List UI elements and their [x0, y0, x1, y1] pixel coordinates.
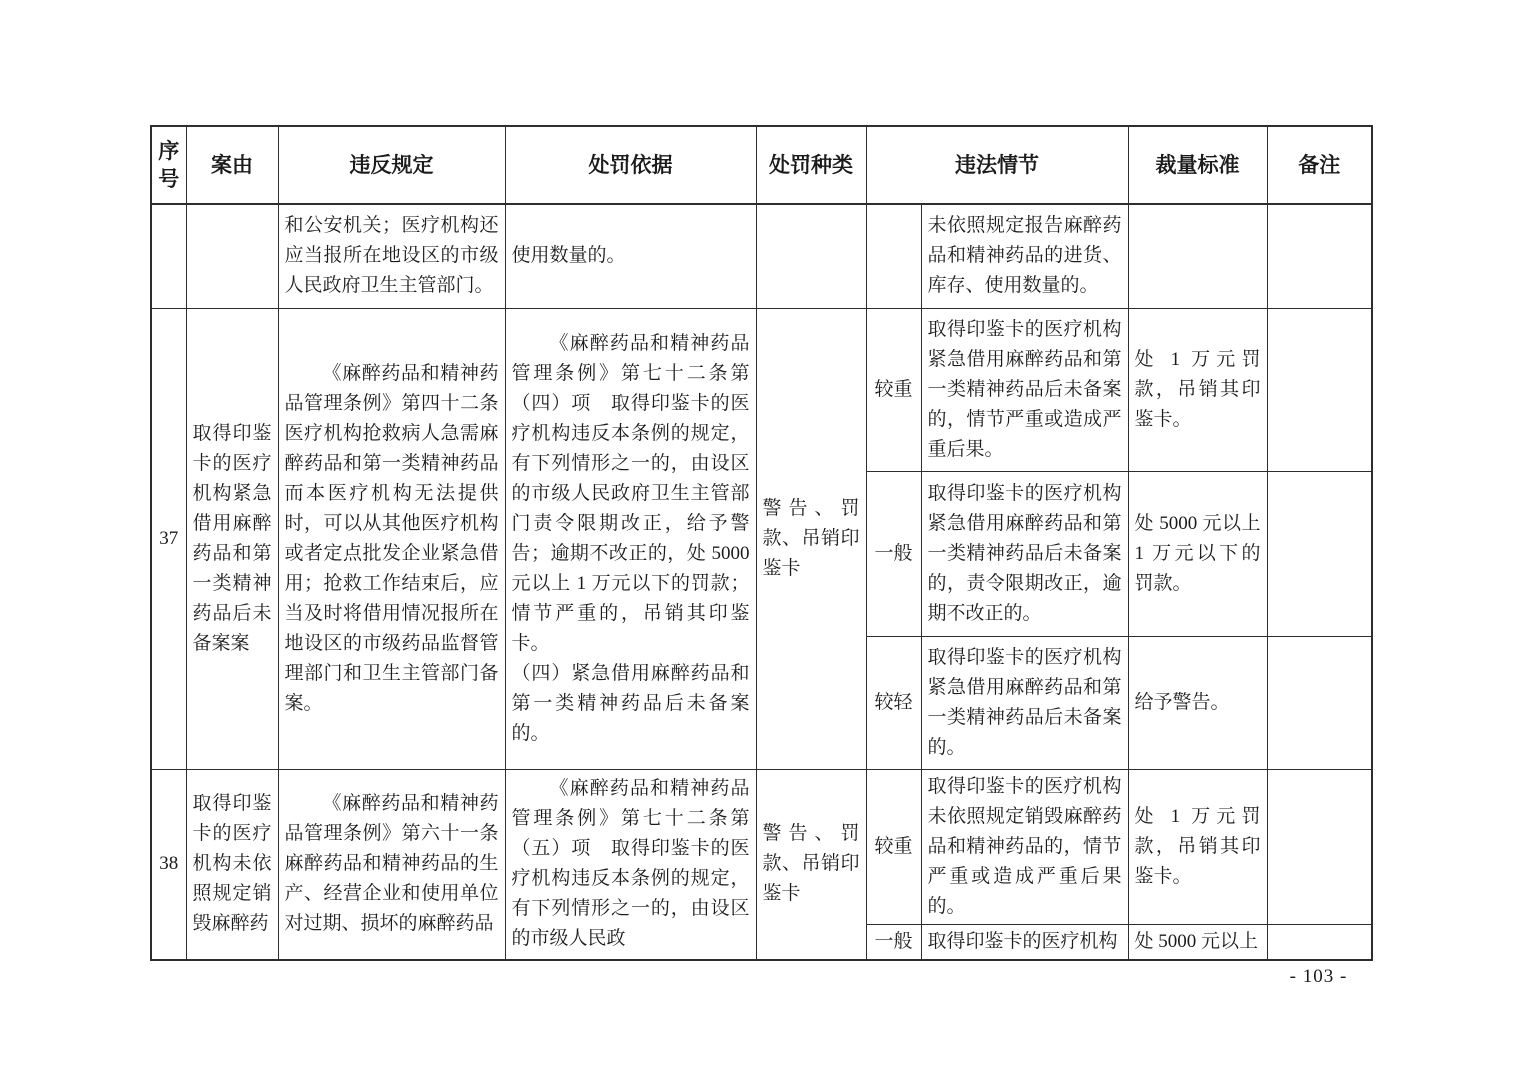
remark-cell	[1267, 636, 1372, 769]
row-37-severe: 37 取得印鉴卡的医疗机构紧急借用麻醉药品和第一类精神药品后未备案案 《麻醉药品…	[151, 308, 1372, 471]
cause-text: 取得印鉴卡的医疗机构紧急借用麻醉药品和第一类精神药品后未备案案	[193, 419, 272, 659]
standard-cell	[1128, 204, 1267, 308]
circumstance-text: 取得印鉴卡的医疗机构	[928, 927, 1122, 957]
row-36-continuation: 和公安机关；医疗机构还应当报所在地设区的市级人民政府卫生主管部门。 使用数量的。…	[151, 204, 1372, 308]
standard-cell: 处 5000 元以上	[1128, 924, 1267, 960]
standard-cell: 处 1 万元罚款，吊销其印鉴卡。	[1128, 769, 1267, 924]
header-discretion-standard: 裁量标准	[1128, 126, 1267, 204]
remark-cell	[1267, 308, 1372, 471]
serial-cell	[151, 204, 186, 308]
circumstance-cell: 取得印鉴卡的医疗机构紧急借用麻醉药品和第一类精神药品后未备案的，情节严重或造成严…	[921, 308, 1128, 471]
penalty-basis-cell: 使用数量的。	[505, 204, 756, 308]
page-number: - 103 -	[1266, 966, 1371, 988]
violation-text: 《麻醉药品和精神药品管理条例》第四十二条 医疗机构抢救病人急需麻醉药品和第一类精…	[285, 359, 499, 719]
severity-cell	[866, 204, 921, 308]
penalty-table: 序号 案由 违反规定 处罚依据 处罚种类 违法情节 裁量标准 备注 和公安机关；…	[150, 125, 1373, 961]
row-38-severe: 38 取得印鉴卡的医疗机构未依照规定销毁麻醉药 《麻醉药品和精神药品管理条例》第…	[151, 769, 1372, 924]
header-penalty-type: 处罚种类	[756, 126, 866, 204]
remark-cell	[1267, 924, 1372, 960]
violation-cell: 和公安机关；医疗机构还应当报所在地设区的市级人民政府卫生主管部门。	[278, 204, 505, 308]
penalty-type-cell	[756, 204, 866, 308]
serial-cell: 37	[151, 308, 186, 769]
circumstance-cell: 取得印鉴卡的医疗机构紧急借用麻醉药品和第一类精神药品后未备案的，责令限期改正，逾…	[921, 471, 1128, 636]
circumstance-text: 取得印鉴卡的医疗机构紧急借用麻醉药品和第一类精神药品后未备案的，情节严重或造成严…	[928, 315, 1122, 465]
severity-cell: 较重	[866, 769, 921, 924]
violation-text: 《麻醉药品和精神药品管理条例》第六十一条 麻醉药品和精神药品的生产、经营企业和使…	[285, 789, 499, 939]
header-penalty-basis: 处罚依据	[505, 126, 756, 204]
serial-cell: 38	[151, 769, 186, 960]
penalty-basis-cell: 《麻醉药品和精神药品管理条例》第七十二条第（四）项 取得印鉴卡的医疗机构违反本条…	[505, 308, 756, 769]
standard-text: 处 5000 元以上	[1135, 927, 1261, 957]
circumstance-text: 取得印鉴卡的医疗机构未依照规定销毁麻醉药品和精神药品的，情节严重或造成严重后果的…	[928, 772, 1122, 922]
circumstance-cell: 取得印鉴卡的医疗机构	[921, 924, 1128, 960]
severity-cell: 一般	[866, 471, 921, 636]
remark-cell	[1267, 769, 1372, 924]
penalty-type-cell: 警告、罚款、吊销印鉴卡	[756, 769, 866, 960]
penalty-basis-text: 使用数量的。	[512, 241, 750, 271]
violation-text: 和公安机关；医疗机构还应当报所在地设区的市级人民政府卫生主管部门。	[285, 211, 499, 301]
standard-cell: 给予警告。	[1128, 636, 1267, 769]
penalty-type-text: 警告、罚款、吊销印鉴卡	[763, 494, 860, 584]
penalty-type-cell: 警告、罚款、吊销印鉴卡	[756, 308, 866, 769]
circumstance-cell: 取得印鉴卡的医疗机构未依照规定销毁麻醉药品和精神药品的，情节严重或造成严重后果的…	[921, 769, 1128, 924]
standard-cell: 处 1 万元罚款，吊销其印鉴卡。	[1128, 308, 1267, 471]
violation-cell: 《麻醉药品和精神药品管理条例》第四十二条 医疗机构抢救病人急需麻醉药品和第一类精…	[278, 308, 505, 769]
remark-cell	[1267, 471, 1372, 636]
penalty-basis-paragraph-2: （四）紧急借用麻醉药品和第一类精神药品后未备案的。	[512, 659, 750, 749]
severity-cell: 一般	[866, 924, 921, 960]
violation-cell: 《麻醉药品和精神药品管理条例》第六十一条 麻醉药品和精神药品的生产、经营企业和使…	[278, 769, 505, 960]
remark-cell	[1267, 204, 1372, 308]
penalty-basis-text: 《麻醉药品和精神药品管理条例》第七十二条第（五）项 取得印鉴卡的医疗机构违反本条…	[512, 774, 750, 954]
cause-text: 取得印鉴卡的医疗机构未依照规定销毁麻醉药	[193, 789, 272, 939]
standard-text: 处 5000 元以上 1 万元以下的罚款。	[1135, 509, 1261, 599]
severity-cell: 较轻	[866, 636, 921, 769]
header-cause: 案由	[186, 126, 278, 204]
header-violation: 违反规定	[278, 126, 505, 204]
standard-text: 处 1 万元罚款，吊销其印鉴卡。	[1135, 345, 1261, 435]
header-remark: 备注	[1267, 126, 1372, 204]
circumstance-text: 未依照规定报告麻醉药品和精神药品的进货、库存、使用数量的。	[928, 211, 1122, 301]
circumstance-cell: 未依照规定报告麻醉药品和精神药品的进货、库存、使用数量的。	[921, 204, 1128, 308]
standard-text: 给予警告。	[1135, 688, 1261, 718]
standard-text: 处 1 万元罚款，吊销其印鉴卡。	[1135, 802, 1261, 892]
document-page: 序号 案由 违反规定 处罚依据 处罚种类 违法情节 裁量标准 备注 和公安机关；…	[0, 0, 1520, 1074]
cause-cell: 取得印鉴卡的医疗机构紧急借用麻醉药品和第一类精神药品后未备案案	[186, 308, 278, 769]
cause-cell: 取得印鉴卡的医疗机构未依照规定销毁麻醉药	[186, 769, 278, 960]
penalty-basis-paragraph-1: 《麻醉药品和精神药品管理条例》第七十二条第（四）项 取得印鉴卡的医疗机构违反本条…	[512, 329, 750, 659]
penalty-type-text: 警告、罚款、吊销印鉴卡	[763, 819, 860, 909]
severity-cell: 较重	[866, 308, 921, 471]
penalty-basis-cell: 《麻醉药品和精神药品管理条例》第七十二条第（五）项 取得印鉴卡的医疗机构违反本条…	[505, 769, 756, 960]
circumstance-text: 取得印鉴卡的医疗机构紧急借用麻醉药品和第一类精神药品后未备案的。	[928, 643, 1122, 763]
table-header-row: 序号 案由 违反规定 处罚依据 处罚种类 违法情节 裁量标准 备注	[151, 126, 1372, 204]
header-illegal-circumstance: 违法情节	[866, 126, 1128, 204]
circumstance-text: 取得印鉴卡的医疗机构紧急借用麻醉药品和第一类精神药品后未备案的，责令限期改正，逾…	[928, 479, 1122, 629]
standard-cell: 处 5000 元以上 1 万元以下的罚款。	[1128, 471, 1267, 636]
circumstance-cell: 取得印鉴卡的医疗机构紧急借用麻醉药品和第一类精神药品后未备案的。	[921, 636, 1128, 769]
cause-cell	[186, 204, 278, 308]
header-serial: 序号	[151, 126, 186, 204]
